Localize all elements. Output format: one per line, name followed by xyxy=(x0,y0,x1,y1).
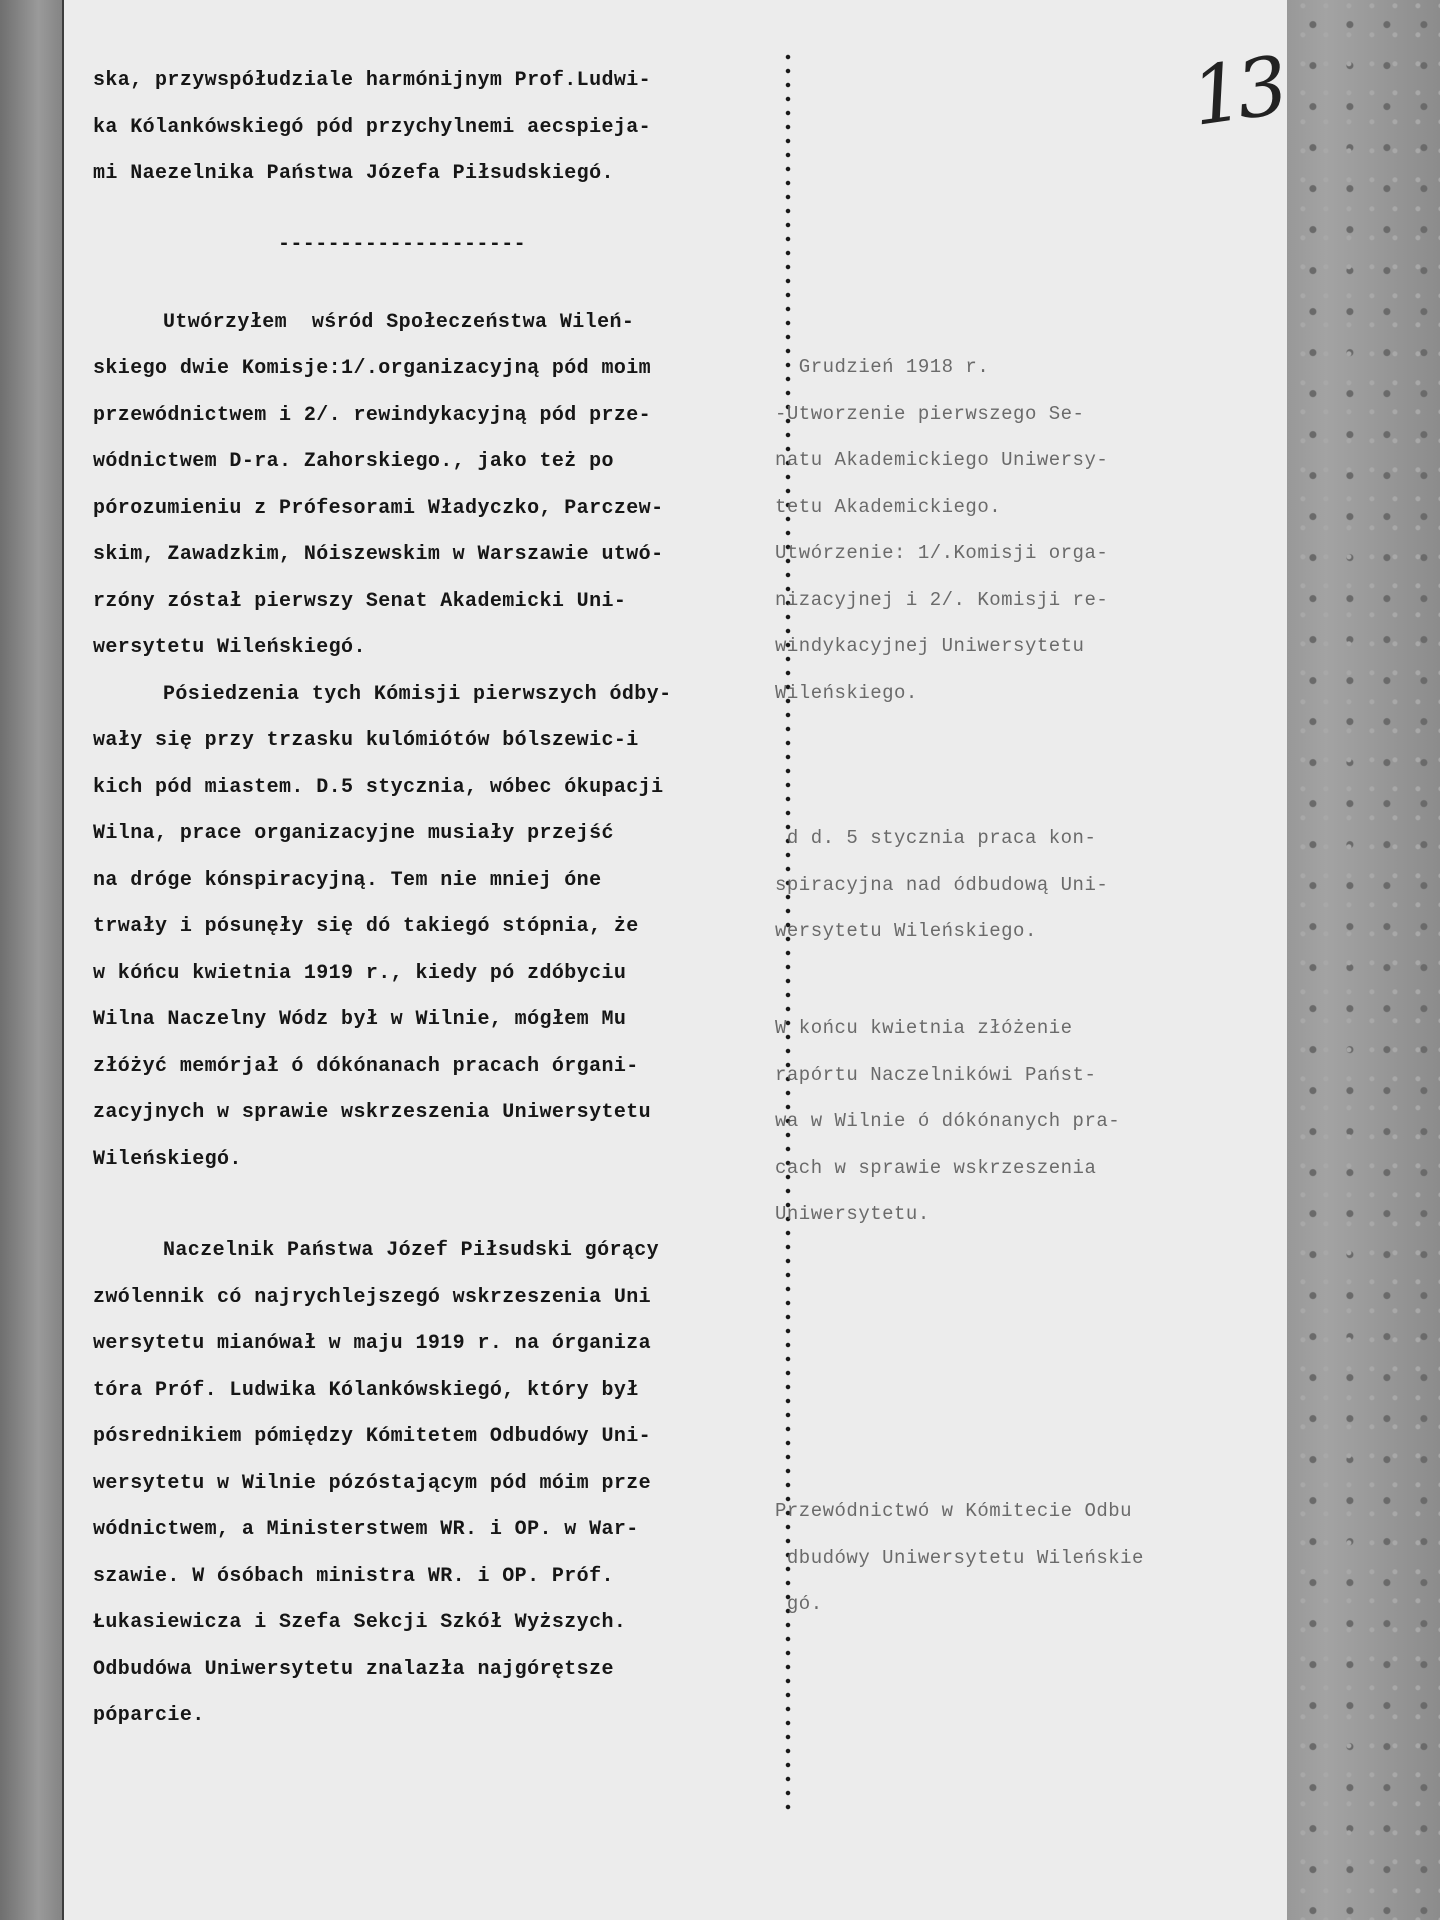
note-line: natu Akademickiego Uniwersy- xyxy=(775,437,1195,484)
text-line: zwólennik có najrychlejszegó wskrzeszeni… xyxy=(93,1275,733,1322)
note-line: d d. 5 stycznia praca kon- xyxy=(775,815,1195,862)
text-line: wały się przy trzasku kulómiótów bólszew… xyxy=(93,718,733,765)
text-line: ska, przywspółudziale harmónijnym Prof.L… xyxy=(93,58,733,105)
handwritten-page-number: 13 xyxy=(1186,39,1288,144)
text-line: Wileńskiegó. xyxy=(93,1137,733,1184)
text-line: wódnictwem, a Ministerstwem WR. i OP. w … xyxy=(93,1507,733,1554)
paragraph-3: Naczelnik Państwa Józef Piłsudski górący… xyxy=(93,1228,733,1740)
text-line: Pósiedzenia tych Kómisji pierwszych ódby… xyxy=(93,672,733,719)
note-line: Grudzień 1918 r. xyxy=(775,344,1195,391)
note-line: -Utworzenie pierwszego Se- xyxy=(775,391,1195,438)
text-line: szawie. W ósóbach ministra WR. i OP. Pró… xyxy=(93,1554,733,1601)
text-line: rzóny zóstał pierwszy Senat Akademicki U… xyxy=(93,579,733,626)
text-line: w kóńcu kwietnia 1919 r., kiedy pó zdóby… xyxy=(93,951,733,998)
note-line: windykacyjnej Uniwersytetu xyxy=(775,623,1195,670)
note-line: Uniwersytetu. xyxy=(775,1191,1195,1238)
note-line: tetu Akademickiego. xyxy=(775,484,1195,531)
text-line: trwały i pósunęły się dó takiegó stópnia… xyxy=(93,904,733,951)
text-line: Odbudówa Uniwersytetu znalazła najgóręts… xyxy=(93,1647,733,1694)
paragraph-1: Utwórzyłem wśród Społeczeństwa Wileń- sk… xyxy=(93,300,733,672)
text-line: wódnictwem D-ra. Zahorskiego., jako też … xyxy=(93,439,733,486)
note-line: wa w Wilnie ó dókónanych pra- xyxy=(775,1098,1195,1145)
text-line: Wilna, prace organizacyjne musiały przej… xyxy=(93,811,733,858)
note-line: Utwórzenie: 1/.Komisji orga- xyxy=(775,530,1195,577)
text-line: złóżyć memórjał ó dókónanach pracach órg… xyxy=(93,1044,733,1091)
text-line: skim, Zawadzkim, Nóiszewskim w Warszawie… xyxy=(93,532,733,579)
note-line: Przewódnictwó w Kómitecie Odbu xyxy=(775,1488,1195,1535)
note-line: nizacyjnej i 2/. Komisji re- xyxy=(775,577,1195,624)
main-text-column: ska, przywspółudziale harmónijnym Prof.L… xyxy=(93,58,733,1740)
text-line: wersytetu Wileńskiegó. xyxy=(93,625,733,672)
margin-note-january-5: d d. 5 stycznia praca kon- spiracyjna na… xyxy=(775,815,1195,955)
note-line: rapórtu Naczelnikówi Państ- xyxy=(775,1052,1195,1099)
text-line: wersytetu w Wilnie pózóstającym pód móim… xyxy=(93,1461,733,1508)
note-line: dbudówy Uniwersytetu Wileńskie xyxy=(775,1535,1195,1582)
text-line: przewódnictwem i 2/. rewindykacyjną pód … xyxy=(93,393,733,440)
intro-block: ska, przywspółudziale harmónijnym Prof.L… xyxy=(93,58,733,198)
text-line: na dróge kónspiracyjną. Tem nie mniej ón… xyxy=(93,858,733,905)
text-line: ka Kólankówskiegó pód przychylnemi aecsp… xyxy=(93,105,733,152)
section-separator: -------------------- xyxy=(278,230,733,260)
note-line: gó. xyxy=(775,1581,1195,1628)
text-line: wersytetu mianówał w maju 1919 r. na órg… xyxy=(93,1321,733,1368)
note-line: cach w sprawie wskrzeszenia xyxy=(775,1145,1195,1192)
margin-note-committee-chair: Przewódnictwó w Kómitecie Odbu dbudówy U… xyxy=(775,1488,1195,1628)
text-line: tóra Próf. Ludwika Kólankówskiegó, który… xyxy=(93,1368,733,1415)
text-line: zacyjnych w sprawie wskrzeszenia Uniwers… xyxy=(93,1090,733,1137)
scan-background-left xyxy=(0,0,70,1920)
text-line: Łukasiewicza i Szefa Sekcji Szkół Wyższy… xyxy=(93,1600,733,1647)
text-line: Wilna Naczelny Wódz był w Wilnie, mógłem… xyxy=(93,997,733,1044)
note-line: W końcu kwietnia złóżenie xyxy=(775,1005,1195,1052)
text-line: pórozumieniu z Prófesorami Władyczko, Pa… xyxy=(93,486,733,533)
text-line: Utwórzyłem wśród Społeczeństwa Wileń- xyxy=(93,300,733,347)
text-line: skiego dwie Komisje:1/.organizacyjną pód… xyxy=(93,346,733,393)
margin-note-april-report: W końcu kwietnia złóżenie rapórtu Naczel… xyxy=(775,1005,1195,1238)
paragraph-gap xyxy=(93,1183,733,1228)
text-line: kich pód miastem. D.5 stycznia, wóbec ók… xyxy=(93,765,733,812)
margin-note-december-1918: Grudzień 1918 r. -Utworzenie pierwszego … xyxy=(775,344,1195,716)
text-line: Naczelnik Państwa Józef Piłsudski górący xyxy=(93,1228,733,1275)
note-line: Wileńskiego. xyxy=(775,670,1195,717)
text-line: póparcie. xyxy=(93,1693,733,1740)
note-line: wersytetu Wileńskiego. xyxy=(775,908,1195,955)
text-line: pósrednikiem pómiędzy Kómitetem Odbudówy… xyxy=(93,1414,733,1461)
note-line: spiracyjna nad ódbudową Uni- xyxy=(775,862,1195,909)
paragraph-2: Pósiedzenia tych Kómisji pierwszych ódby… xyxy=(93,672,733,1184)
text-line: mi Naezelnika Państwa Józefa Piłsudskieg… xyxy=(93,151,733,198)
